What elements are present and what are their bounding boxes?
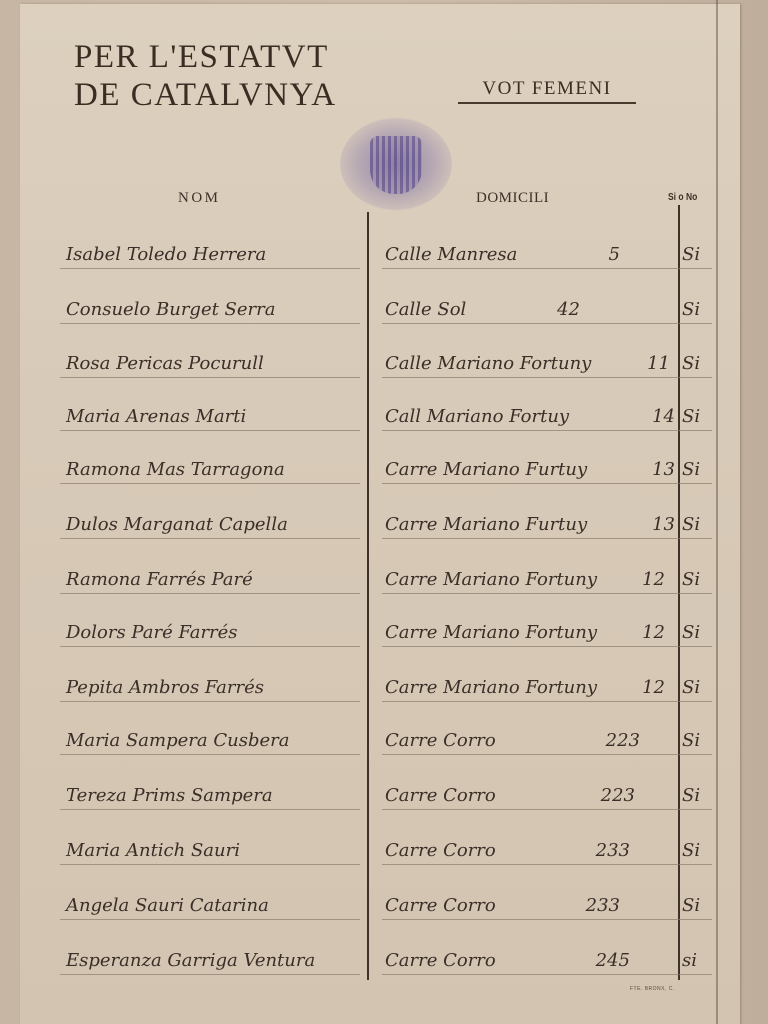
voter-house-number: 12 <box>585 622 665 643</box>
column-header-name: NOM <box>178 190 221 207</box>
address-rule <box>382 323 712 324</box>
voter-name: Pepita Ambros Farrés <box>66 677 264 698</box>
address-rule <box>382 538 712 539</box>
municipal-stamp-icon <box>340 118 452 210</box>
name-rule <box>60 974 360 975</box>
voter-name: Dulos Marganat Capella <box>66 514 288 535</box>
name-rule <box>60 538 360 539</box>
voter-name: Tereza Prims Sampera <box>66 785 273 806</box>
vote-answer: Si <box>682 730 700 751</box>
column-header-vote: Si o No <box>668 192 697 203</box>
name-rule <box>60 754 360 755</box>
name-rule <box>60 483 360 484</box>
voter-name: Maria Arenas Marti <box>66 406 246 427</box>
document-title: PER L'ESTATVT DE CATALVNYA <box>74 38 337 114</box>
vote-answer: Si <box>682 514 700 535</box>
voter-house-number: 223 <box>555 785 635 806</box>
table-row: Maria Antich SauriCarre Corro233Si <box>0 838 768 894</box>
voter-house-number: 42 <box>500 299 580 320</box>
voter-house-number: 13 <box>595 459 675 480</box>
voter-house-number: 14 <box>595 406 675 427</box>
voter-street: Carre Corro <box>385 840 496 861</box>
voter-house-number: 13 <box>595 514 675 535</box>
name-rule <box>60 377 360 378</box>
voter-street: Carre Corro <box>385 950 496 971</box>
name-rule <box>60 593 360 594</box>
voter-name: Angela Sauri Catarina <box>66 895 269 916</box>
address-rule <box>382 646 712 647</box>
voter-name: Ramona Farrés Paré <box>66 569 253 590</box>
vote-answer: Si <box>682 895 700 916</box>
vote-answer: Si <box>682 244 700 265</box>
voter-street: Carre Mariano Furtuy <box>385 514 587 535</box>
table-row: Angela Sauri CatarinaCarre Corro233Si <box>0 893 768 949</box>
voter-street: Calle Mariano Fortuny <box>385 353 591 374</box>
column-header-address: DOMICILI <box>476 190 549 207</box>
title-line-1: PER L'ESTATVT <box>74 38 337 76</box>
voter-name: Esperanza Garriga Ventura <box>66 950 315 971</box>
voter-name: Rosa Pericas Pocurull <box>66 353 264 374</box>
table-row: Ramona Mas TarragonaCarre Mariano Furtuy… <box>0 457 768 513</box>
vote-answer: Si <box>682 840 700 861</box>
name-rule <box>60 864 360 865</box>
vote-answer: Si <box>682 459 700 480</box>
voter-house-number: 233 <box>550 840 630 861</box>
address-rule <box>382 701 712 702</box>
vote-answer: Si <box>682 622 700 643</box>
subtitle-vot-femeni: VOT FEMENI <box>458 78 636 104</box>
voter-name: Maria Antich Sauri <box>66 840 240 861</box>
address-rule <box>382 377 712 378</box>
address-rule <box>382 974 712 975</box>
voter-name: Dolors Paré Farrés <box>66 622 238 643</box>
printer-mark: FTE. BRONX, C. <box>630 986 675 992</box>
address-rule <box>382 919 712 920</box>
name-rule <box>60 430 360 431</box>
name-rule <box>60 646 360 647</box>
voter-street: Carre Mariano Furtuy <box>385 459 587 480</box>
address-rule <box>382 430 712 431</box>
voter-name: Consuelo Burget Serra <box>66 299 275 320</box>
address-rule <box>382 754 712 755</box>
address-rule <box>382 809 712 810</box>
table-row: Pepita Ambros FarrésCarre Mariano Fortun… <box>0 675 768 731</box>
vote-answer: Si <box>682 406 700 427</box>
vote-answer: Si <box>682 569 700 590</box>
name-rule <box>60 701 360 702</box>
address-rule <box>382 593 712 594</box>
table-row: Maria Sampera CusberaCarre Corro223Si <box>0 728 768 784</box>
vote-answer: Si <box>682 785 700 806</box>
vote-answer: Si <box>682 677 700 698</box>
voter-street: Call Mariano Fortuy <box>385 406 569 427</box>
voter-house-number: 12 <box>585 569 665 590</box>
address-rule <box>382 483 712 484</box>
table-row: Ramona Farrés ParéCarre Mariano Fortuny1… <box>0 567 768 623</box>
name-rule <box>60 268 360 269</box>
table-row: Tereza Prims SamperaCarre Corro223Si <box>0 783 768 839</box>
voter-name: Isabel Toledo Herrera <box>66 244 266 265</box>
table-row: Isabel Toledo HerreraCalle Manresa5Si <box>0 242 768 298</box>
vote-answer: Si <box>682 353 700 374</box>
voter-house-number: 223 <box>560 730 640 751</box>
title-line-2: DE CATALVNYA <box>74 76 337 114</box>
table-row: Dulos Marganat CapellaCarre Mariano Furt… <box>0 512 768 568</box>
voter-street: Carre Corro <box>385 895 496 916</box>
voter-name: Maria Sampera Cusbera <box>66 730 289 751</box>
coat-of-arms-icon <box>370 136 422 194</box>
name-rule <box>60 323 360 324</box>
vote-answer: si <box>682 950 697 971</box>
table-row: Maria Arenas MartiCall Mariano Fortuy14S… <box>0 404 768 460</box>
table-row: Consuelo Burget SerraCalle Sol42Si <box>0 297 768 353</box>
voter-street: Carre Mariano Fortuny <box>385 622 597 643</box>
table-row: Dolors Paré FarrésCarre Mariano Fortuny1… <box>0 620 768 676</box>
voter-street: Calle Sol <box>385 299 466 320</box>
voter-house-number: 245 <box>550 950 630 971</box>
voter-street: Carre Corro <box>385 785 496 806</box>
voter-house-number: 233 <box>540 895 620 916</box>
name-rule <box>60 919 360 920</box>
voter-street: Carre Mariano Fortuny <box>385 677 597 698</box>
table-row: Rosa Pericas PocurullCalle Mariano Fortu… <box>0 351 768 407</box>
voter-street: Calle Manresa <box>385 244 517 265</box>
voter-name: Ramona Mas Tarragona <box>66 459 285 480</box>
voter-house-number: 12 <box>585 677 665 698</box>
vote-answer: Si <box>682 299 700 320</box>
address-rule <box>382 864 712 865</box>
voter-street: Carre Corro <box>385 730 496 751</box>
voter-house-number: 5 <box>540 244 620 265</box>
voter-street: Carre Mariano Fortuny <box>385 569 597 590</box>
address-rule <box>382 268 712 269</box>
name-rule <box>60 809 360 810</box>
table-row: Esperanza Garriga VenturaCarre Corro245s… <box>0 948 768 1004</box>
voter-house-number: 11 <box>590 353 670 374</box>
